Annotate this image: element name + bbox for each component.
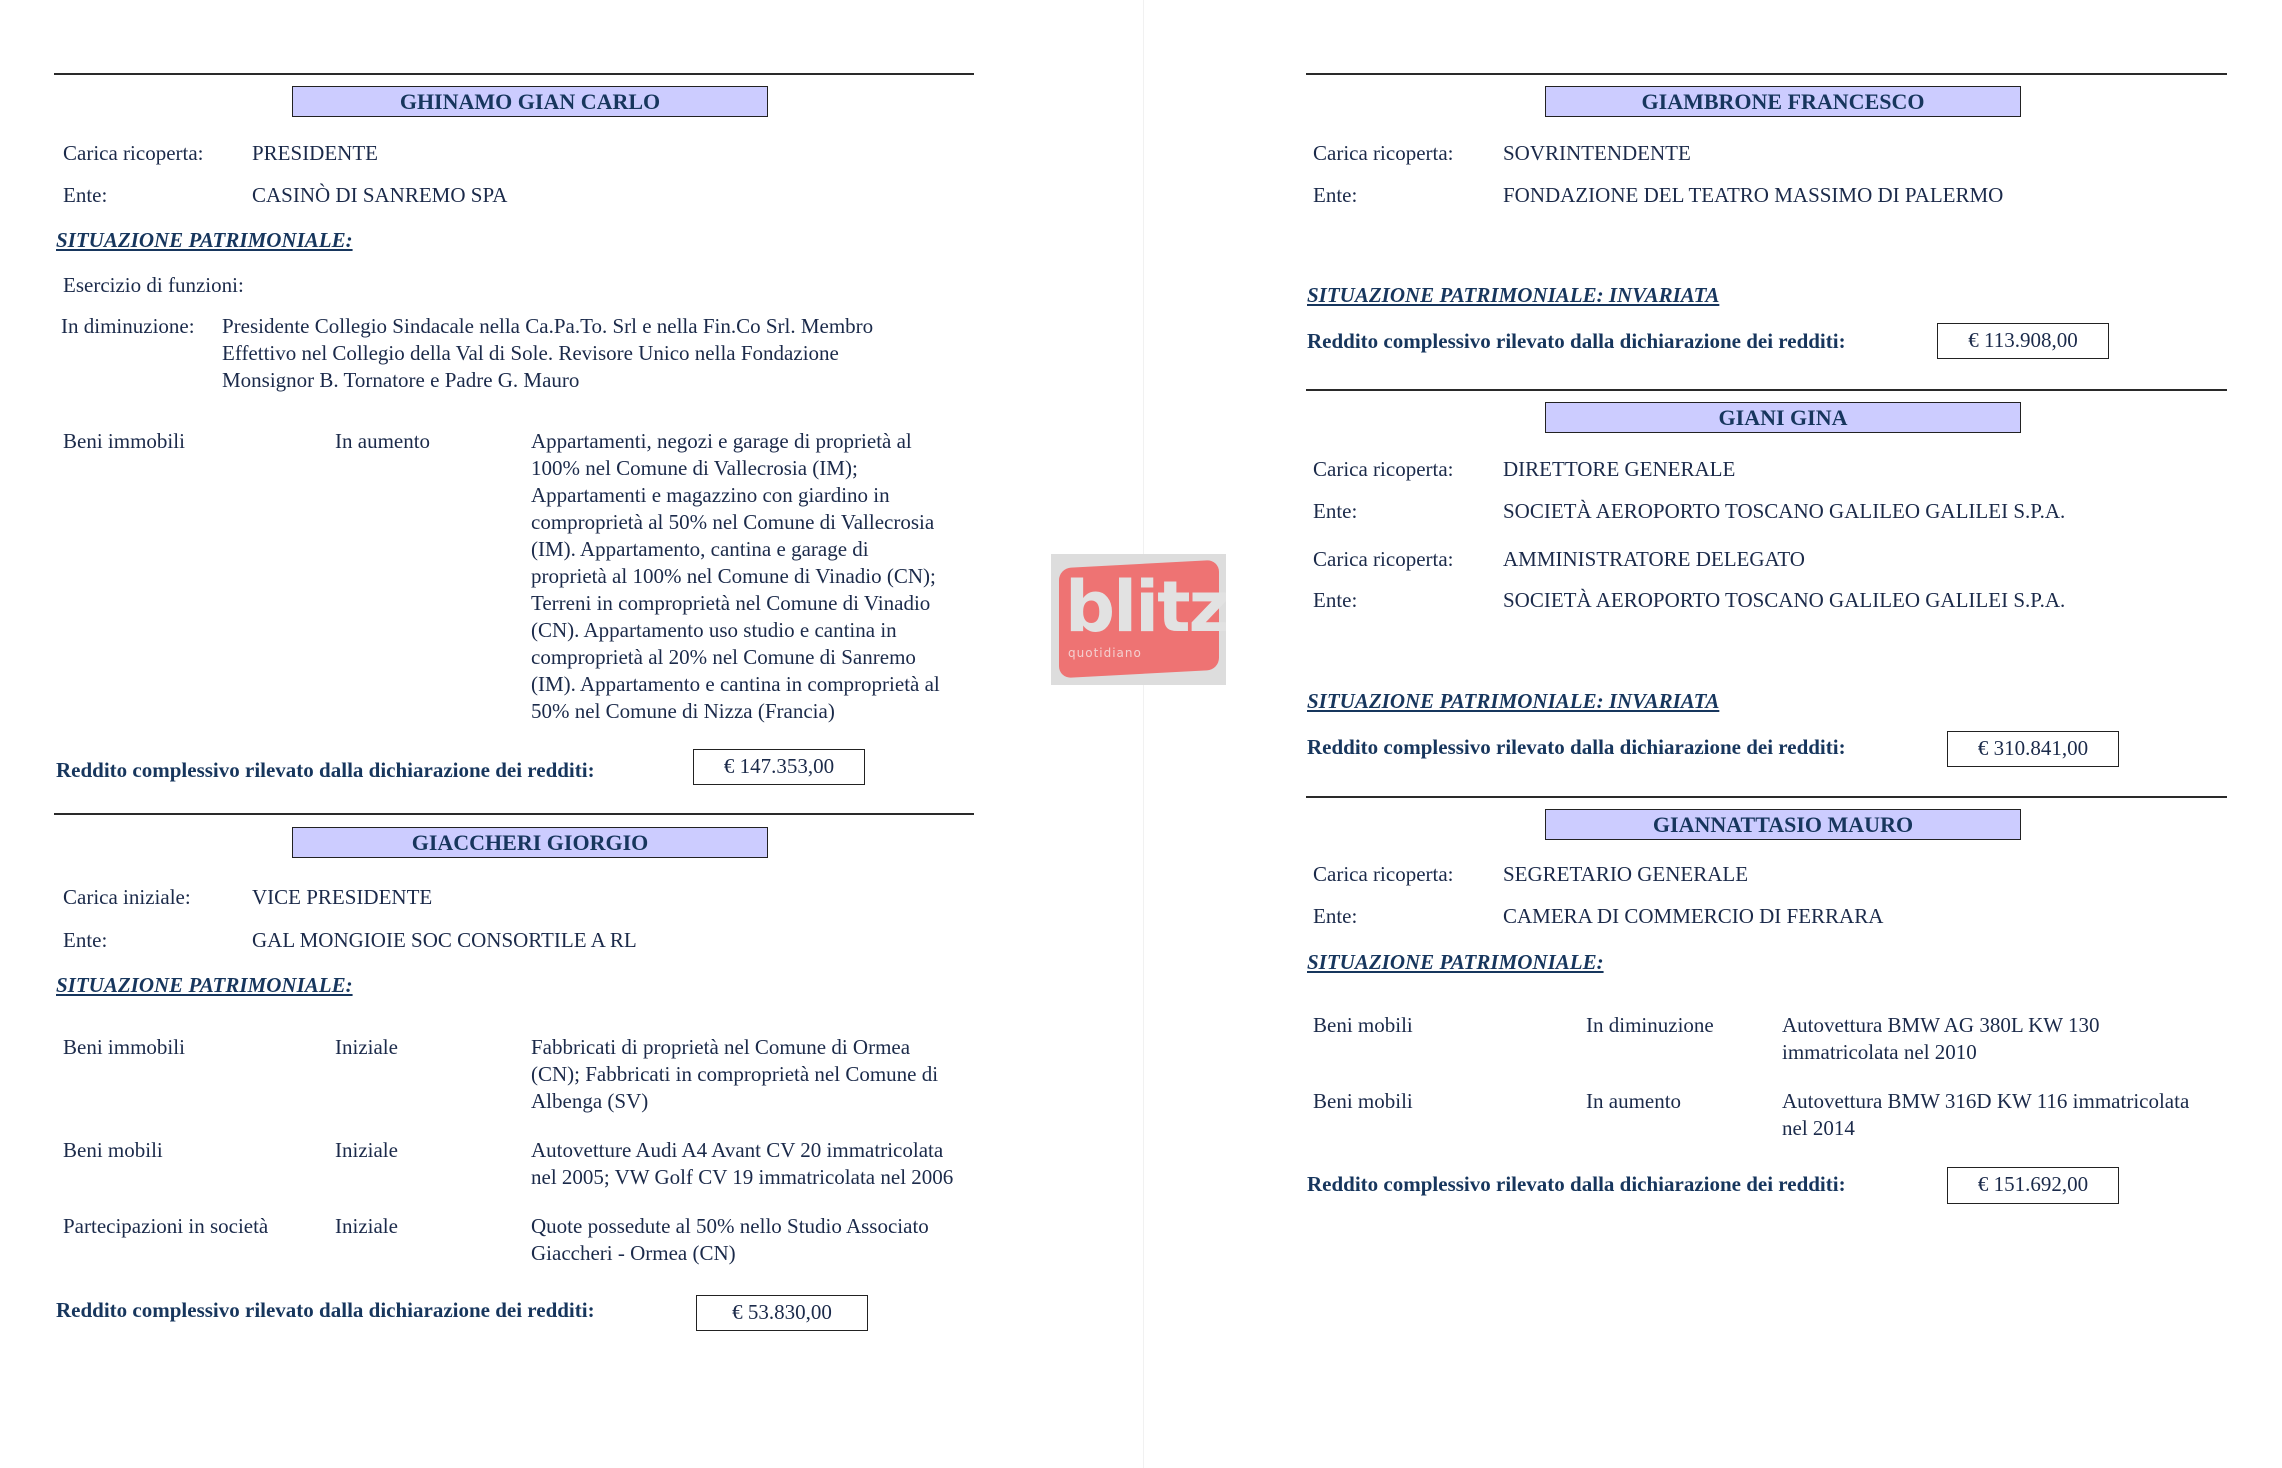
- carica-value: DIRETTORE GENERALE: [1503, 456, 1735, 483]
- asset-detail: Quote possedute al 50% nello Studio Asso…: [531, 1213, 929, 1267]
- situazione-heading: SITUAZIONE PATRIMONIALE:: [1307, 949, 1604, 976]
- person-name-header: GIACCHERI GIORGIO: [292, 827, 768, 858]
- logo-tagline: quotidiano: [1068, 646, 1142, 660]
- ente-value: SOCIETÀ AEROPORTO TOSCANO GALILEO GALILE…: [1503, 587, 2065, 614]
- situazione-heading: SITUAZIONE PATRIMONIALE:: [56, 227, 353, 254]
- ente-label: Ente:: [1313, 498, 1357, 525]
- reddito-label: Reddito complessivo rilevato dalla dichi…: [1307, 1171, 1846, 1198]
- page-gutter: [1143, 0, 1144, 1468]
- asset-category: Beni immobili: [63, 1034, 185, 1061]
- ente-value: GAL MONGIOIE SOC CONSORTILE A RL: [252, 927, 637, 954]
- carica-label: Carica ricoperta:: [1313, 456, 1454, 483]
- reddito-value: € 53.830,00: [696, 1295, 868, 1331]
- carica-label: Carica ricoperta:: [63, 140, 204, 167]
- carica-label: Carica iniziale:: [63, 884, 191, 911]
- diminuzione-text: Presidente Collegio Sindacale nella Ca.P…: [222, 313, 873, 394]
- ente-value: CAMERA DI COMMERCIO DI FERRARA: [1503, 903, 1883, 930]
- ente-value: FONDAZIONE DEL TEATRO MASSIMO DI PALERMO: [1503, 182, 2003, 209]
- ente-label: Ente:: [1313, 182, 1357, 209]
- carica-value: VICE PRESIDENTE: [252, 884, 432, 911]
- esercizio-label: Esercizio di funzioni:: [63, 272, 244, 299]
- reddito-label: Reddito complessivo rilevato dalla dichi…: [1307, 734, 1846, 761]
- carica-value: SEGRETARIO GENERALE: [1503, 861, 1748, 888]
- ente-value: SOCIETÀ AEROPORTO TOSCANO GALILEO GALILE…: [1503, 498, 2065, 525]
- reddito-label: Reddito complessivo rilevato dalla dichi…: [56, 1297, 595, 1324]
- ente-label: Ente:: [63, 927, 107, 954]
- person-name-header: GIANNATTASIO MAURO: [1545, 809, 2021, 840]
- asset-category: Beni mobili: [63, 1137, 163, 1164]
- reddito-label: Reddito complessivo rilevato dalla dichi…: [1307, 328, 1846, 355]
- asset-change: Iniziale: [335, 1213, 398, 1240]
- reddito-value: € 151.692,00: [1947, 1167, 2119, 1204]
- asset-category: Partecipazioni in società: [63, 1213, 268, 1240]
- carica-label: Carica ricoperta:: [1313, 140, 1454, 167]
- section-divider: [54, 73, 974, 75]
- asset-category: Beni mobili: [1313, 1088, 1413, 1115]
- carica-value: AMMINISTRATORE DELEGATO: [1503, 546, 1805, 573]
- asset-detail: Autovettura BMW AG 380L KW 130 immatrico…: [1782, 1012, 2100, 1066]
- person-name-header: GIAMBRONE FRANCESCO: [1545, 86, 2021, 117]
- logo-brand: blitz: [1065, 562, 1227, 652]
- carica-label: Carica ricoperta:: [1313, 546, 1454, 573]
- ente-label: Ente:: [1313, 903, 1357, 930]
- section-divider: [54, 813, 974, 815]
- asset-detail: Autovettura BMW 316D KW 116 immatricolat…: [1782, 1088, 2189, 1142]
- asset-change: In aumento: [335, 428, 430, 455]
- asset-category: Beni immobili: [63, 428, 185, 455]
- section-divider: [1306, 389, 2227, 391]
- blitz-watermark-logo: blitz quotidiano: [1051, 554, 1226, 685]
- asset-change: Iniziale: [335, 1034, 398, 1061]
- person-name-header: GIANI GINA: [1545, 402, 2021, 433]
- carica-value: SOVRINTENDENTE: [1503, 140, 1691, 167]
- situazione-heading: SITUAZIONE PATRIMONIALE: INVARIATA: [1307, 282, 1719, 309]
- reddito-value: € 113.908,00: [1937, 323, 2109, 359]
- carica-label: Carica ricoperta:: [1313, 861, 1454, 888]
- situazione-heading: SITUAZIONE PATRIMONIALE: INVARIATA: [1307, 688, 1719, 715]
- carica-value: PRESIDENTE: [252, 140, 378, 167]
- asset-detail: Appartamenti, negozi e garage di proprie…: [531, 428, 940, 725]
- ente-label: Ente:: [63, 182, 107, 209]
- ente-label: Ente:: [1313, 587, 1357, 614]
- asset-detail: Fabbricati di proprietà nel Comune di Or…: [531, 1034, 938, 1115]
- asset-change: In aumento: [1586, 1088, 1681, 1115]
- asset-category: Beni mobili: [1313, 1012, 1413, 1039]
- diminuzione-label: In diminuzione:: [61, 313, 195, 340]
- asset-detail: Autovetture Audi A4 Avant CV 20 immatric…: [531, 1137, 953, 1191]
- asset-change: Iniziale: [335, 1137, 398, 1164]
- situazione-heading: SITUAZIONE PATRIMONIALE:: [56, 972, 353, 999]
- reddito-value: € 310.841,00: [1947, 731, 2119, 767]
- reddito-value: € 147.353,00: [693, 749, 865, 785]
- ente-value: CASINÒ DI SANREMO SPA: [252, 182, 507, 209]
- section-divider: [1306, 73, 2227, 75]
- person-name-header: GHINAMO GIAN CARLO: [292, 86, 768, 117]
- reddito-label: Reddito complessivo rilevato dalla dichi…: [56, 757, 595, 784]
- section-divider: [1306, 796, 2227, 798]
- asset-change: In diminuzione: [1586, 1012, 1714, 1039]
